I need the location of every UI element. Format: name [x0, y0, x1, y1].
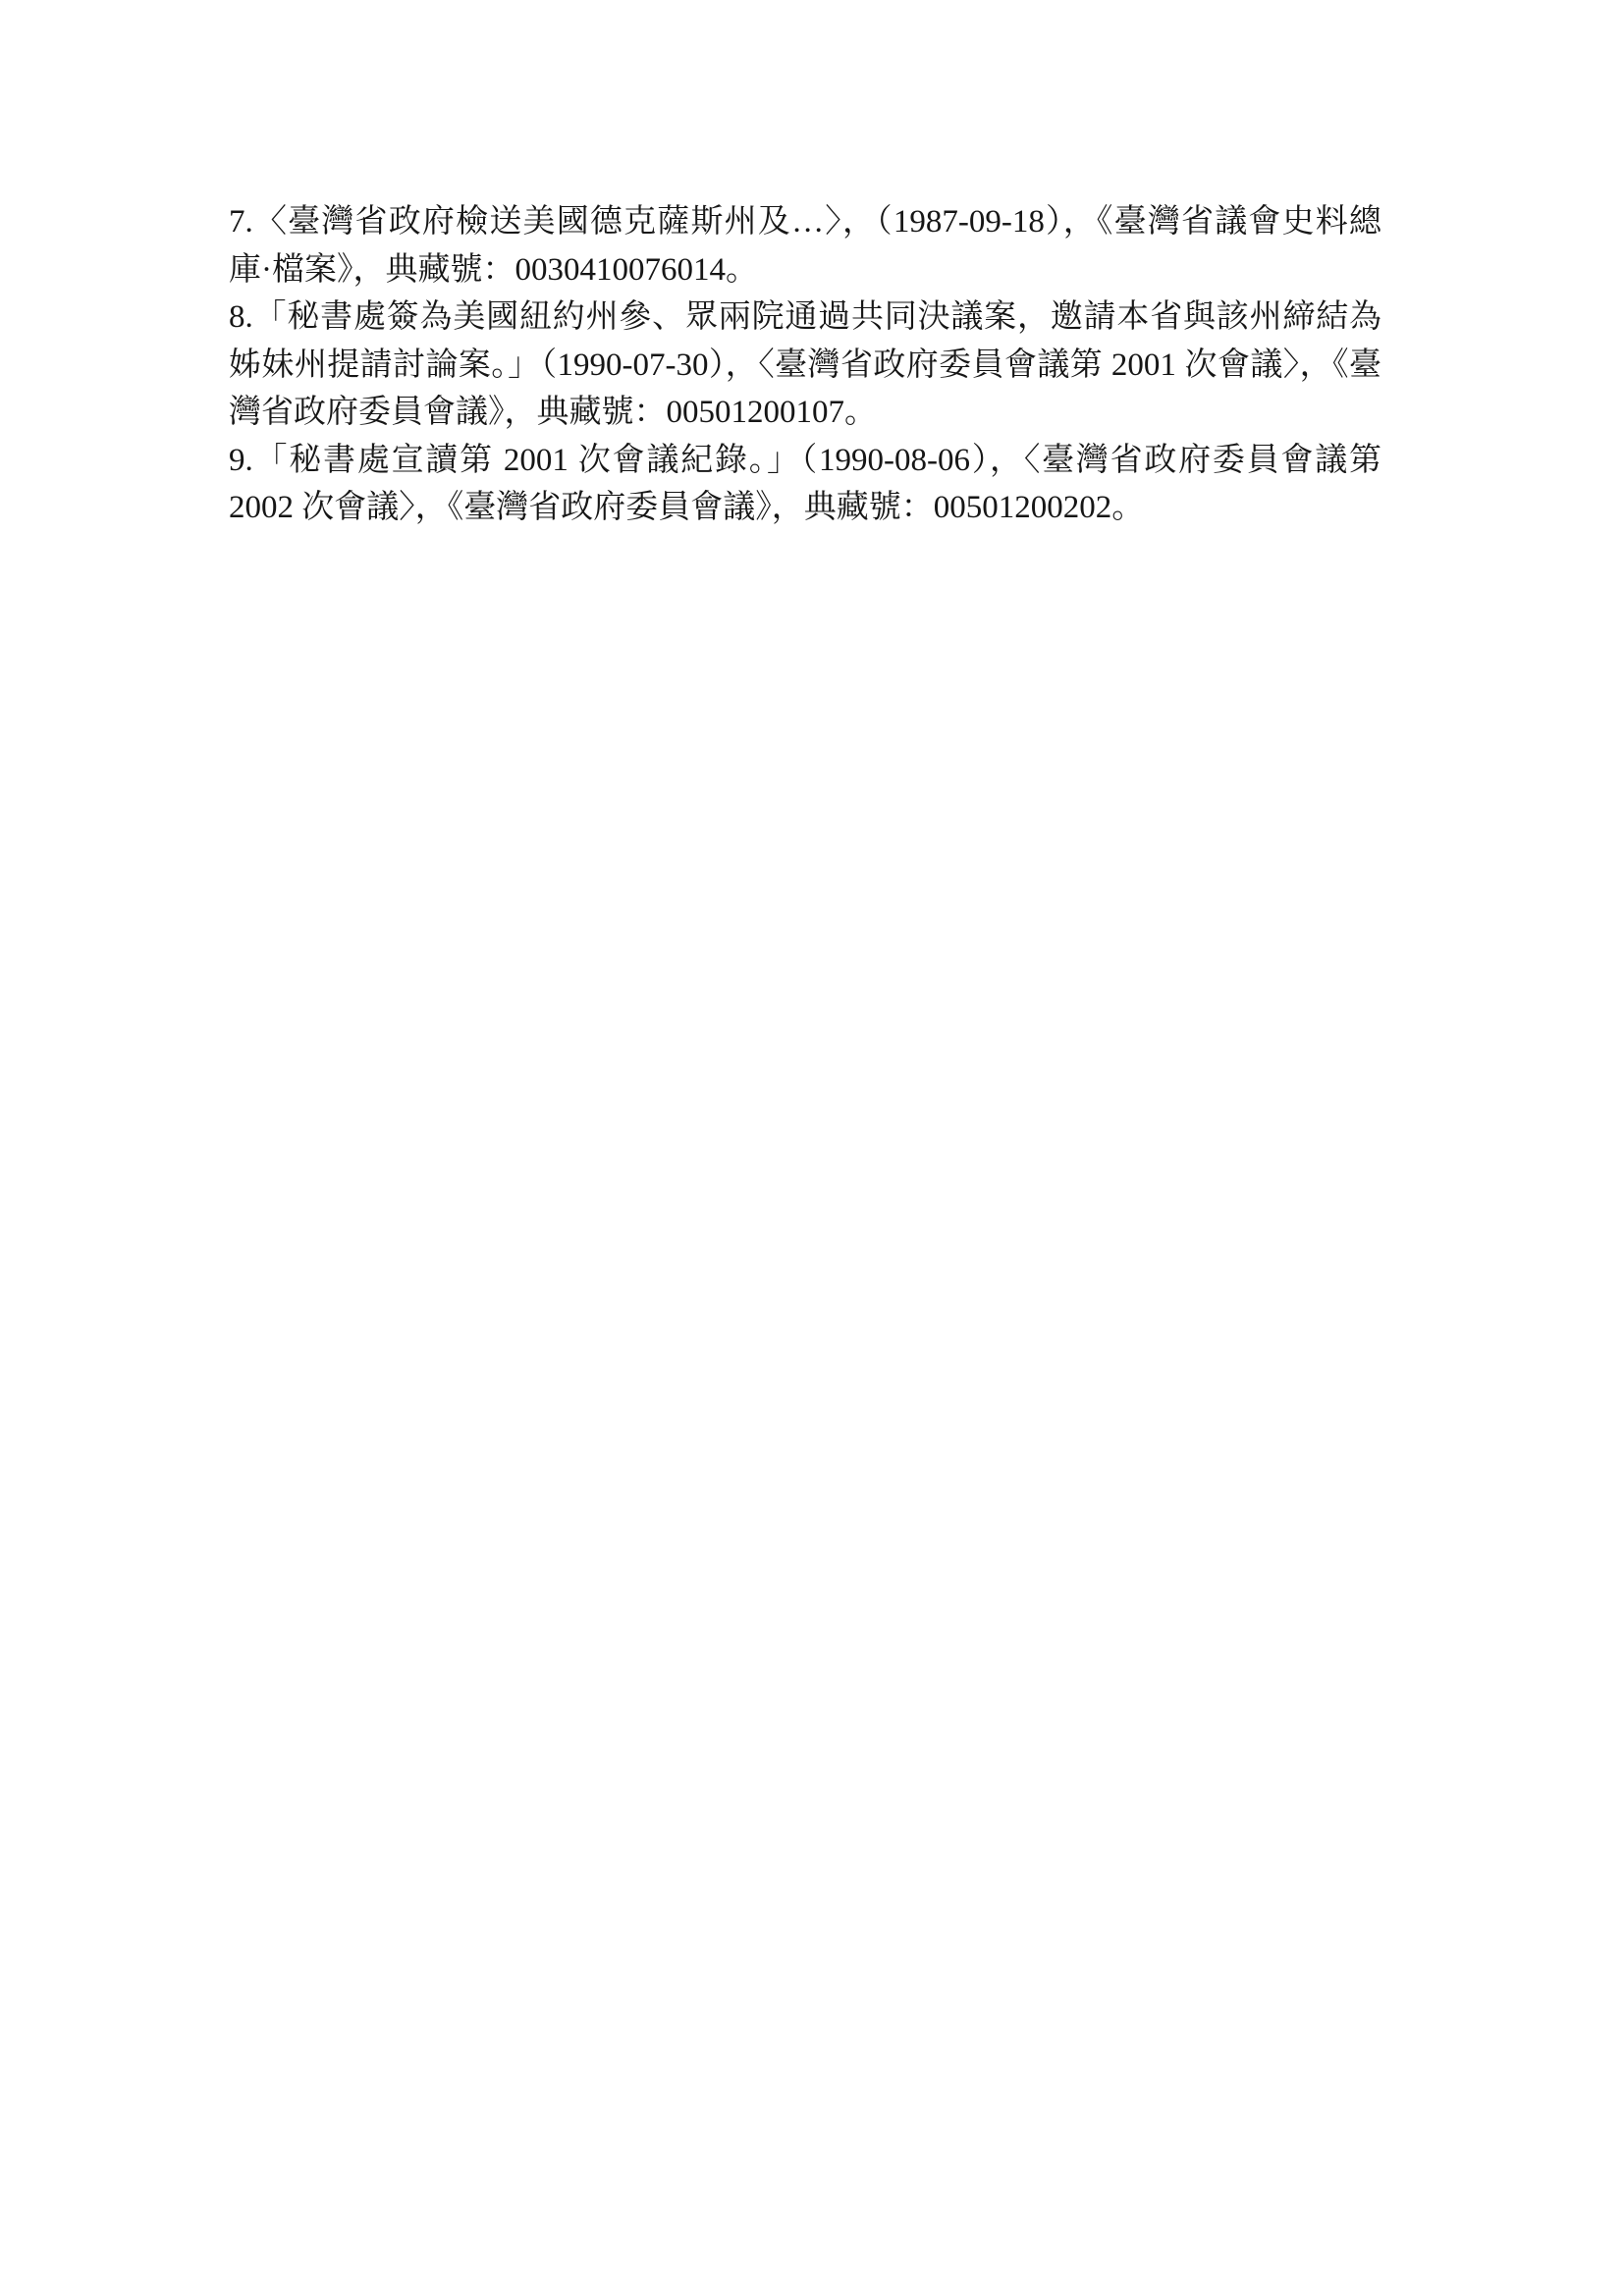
citation-list: 7.〈臺灣省政府檢送美國德克薩斯州及…〉，（1987-09-18），《臺灣省議會… — [229, 198, 1381, 532]
citation-line: 姊妹州提請討論案。」（1990-07-30），〈臺灣省政府委員會議第 2001 … — [229, 342, 1381, 390]
document-page: 7.〈臺灣省政府檢送美國德克薩斯州及…〉，（1987-09-18），《臺灣省議會… — [0, 0, 1624, 2296]
citation-line: 灣省政府委員會議》，典藏號：00501200107。 — [229, 389, 1381, 437]
citation-line: 9.「秘書處宣讀第 2001 次會議紀錄。」（1990-08-06），〈臺灣省政… — [229, 437, 1381, 485]
citation-line: 2002 次會議〉，《臺灣省政府委員會議》，典藏號：00501200202。 — [229, 484, 1381, 532]
citation-item-8: 8.「秘書處簽為美國紐約州參、眾兩院通過共同決議案，邀請本省與該州締結為 姊妹州… — [229, 294, 1381, 437]
citation-line: 庫·檔案》，典藏號：0030410076014。 — [229, 246, 1381, 294]
citation-line: 7.〈臺灣省政府檢送美國德克薩斯州及…〉，（1987-09-18），《臺灣省議會… — [229, 198, 1381, 246]
citation-item-7: 7.〈臺灣省政府檢送美國德克薩斯州及…〉，（1987-09-18），《臺灣省議會… — [229, 198, 1381, 294]
citation-item-9: 9.「秘書處宣讀第 2001 次會議紀錄。」（1990-08-06），〈臺灣省政… — [229, 437, 1381, 532]
citation-line: 8.「秘書處簽為美國紐約州參、眾兩院通過共同決議案，邀請本省與該州締結為 — [229, 294, 1381, 342]
